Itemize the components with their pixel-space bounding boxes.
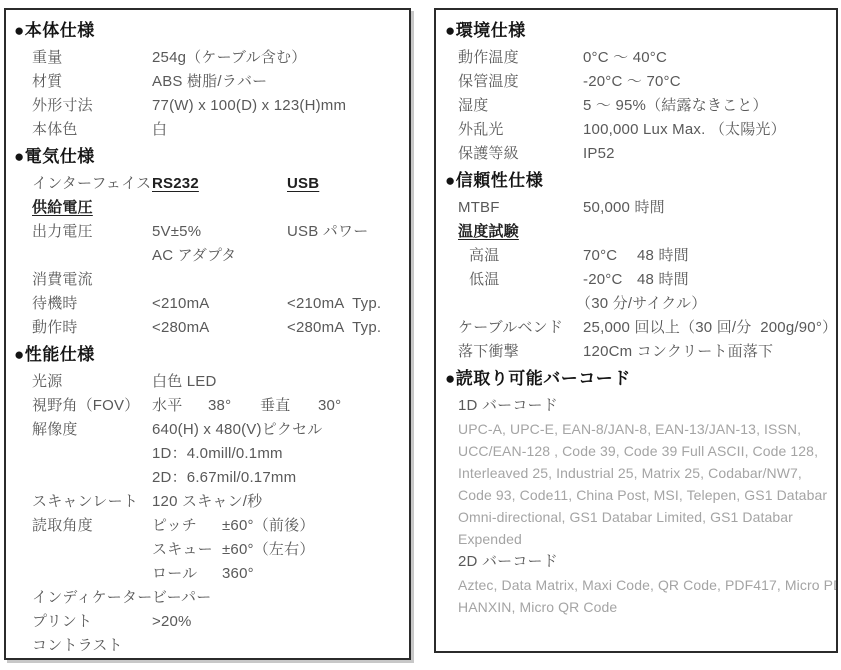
spec-label: 外乱光 [458, 118, 504, 142]
spec-label: 出力電圧 [32, 220, 93, 244]
spec-label: 高温 [469, 244, 499, 268]
spec-value: 白 [152, 118, 167, 142]
spec-label: 保管温度 [458, 70, 519, 94]
environment-reliability-barcode-panel: ●環境仕様動作温度0°C ～ 40°C保管温度-20°C ～ 70°C湿度5 ～… [434, 8, 838, 653]
section-title: ●本体仕様 [14, 16, 95, 46]
spec-value: 48 時間 [637, 268, 689, 292]
section-title: ●読取り可能バーコード [445, 364, 631, 394]
spec-value: スキュー [152, 538, 213, 562]
spec-label: 消費電流 [32, 268, 93, 292]
spec-row: ロール360° [6, 562, 409, 586]
section-heading-row: ●本体仕様 [6, 16, 409, 46]
spec-row: 2D：6.67mil/0.17mm [6, 466, 409, 490]
barcode-list-text: Code 93, Code11, China Post, MSI, Telepe… [458, 484, 827, 506]
spec-value: 5V±5% [152, 220, 201, 244]
spec-row: コントラスト [6, 634, 409, 658]
spec-row: UCC/EAN-128 , Code 39, Code 39 Full ASCI… [436, 440, 836, 462]
barcode-list-text: HANXIN, Micro QR Code [458, 596, 617, 618]
spec-row: インディケータービーパー [6, 586, 409, 610]
spec-value: ロール [152, 562, 197, 586]
spec-row: ケーブルベンド25,000 回以上（30 回/分 200g/90°） [436, 316, 836, 340]
spec-value: 白色 LED [152, 370, 217, 394]
spec-label: 落下衝撃 [458, 340, 519, 364]
spec-row: 光源白色 LED [6, 370, 409, 394]
spec-row: 本体色白 [6, 118, 409, 142]
spec-value: 360° [222, 562, 254, 586]
body-electrical-performance-panel: ●本体仕様重量254g（ケーブル含む）材質ABS 樹脂/ラバー外形寸法77(W)… [4, 8, 411, 660]
spec-value: 1D：4.0mill/0.1mm [152, 442, 283, 466]
spec-label: 重量 [32, 46, 62, 70]
spec-row: 動作温度0°C ～ 40°C [436, 46, 836, 70]
spec-value: 垂直 [260, 394, 290, 418]
spec-row: UPC-A, UPC-E, EAN-8/JAN-8, EAN-13/JAN-13… [436, 418, 836, 440]
spec-row: インターフェイスRS232USB [6, 172, 409, 196]
spec-row: スキャンレート120 スキャン/秒 [6, 490, 409, 514]
spec-value: ビーパー [152, 586, 211, 610]
section-heading-row: ●読取り可能バーコード [436, 364, 836, 394]
spec-value: 25,000 回以上（30 回/分 200g/90°） [583, 316, 837, 340]
spec-sheet-page: { "page": { "background": "#ffffff", "bo… [0, 0, 841, 670]
spec-label: コントラスト [32, 634, 123, 658]
spec-label: 解像度 [32, 418, 78, 442]
spec-row: 外形寸法77(W) x 100(D) x 123(H)mm [6, 94, 409, 118]
spec-value: <210mA Typ. [287, 292, 381, 316]
spec-value: AC アダプタ [152, 244, 236, 268]
spec-label: 材質 [32, 70, 62, 94]
spec-row: スキュー±60°（左右） [6, 538, 409, 562]
barcode-list-text: Expended [458, 528, 522, 550]
spec-row: 温度試験 [436, 220, 836, 244]
spec-row: 読取角度ピッチ±60°（前後） [6, 514, 409, 538]
spec-row: 高温70°C48 時間 [436, 244, 836, 268]
spec-value: ±60°（前後） [222, 514, 315, 538]
spec-row: 1D：4.0mill/0.1mm [6, 442, 409, 466]
spec-row: Interleaved 25, Industrial 25, Matrix 25… [436, 462, 836, 484]
spec-value: >20% [152, 610, 192, 634]
section-title: ●性能仕様 [14, 340, 95, 370]
spec-value: -20°C [583, 268, 623, 292]
spec-row: Omni-directional, GS1 Databar Limited, G… [436, 506, 836, 528]
barcode-list-text: Interleaved 25, Industrial 25, Matrix 25… [458, 462, 802, 484]
spec-label-underlined: 供給電圧 [32, 196, 93, 220]
spec-value: 120Cm コンクリート面落下 [583, 340, 773, 364]
spec-label: 光源 [32, 370, 62, 394]
spec-row: 動作時<280mA<280mA Typ. [6, 316, 409, 340]
spec-row: 待機時<210mA<210mA Typ. [6, 292, 409, 316]
spec-value: 水平 [152, 394, 182, 418]
spec-row: AC アダプタ [6, 244, 409, 268]
spec-row: 外乱光100,000 Lux Max. （太陽光） [436, 118, 836, 142]
spec-value: 0°C ～ 40°C [583, 46, 667, 70]
spec-value: <210mA [152, 292, 210, 316]
spec-value: USB [287, 172, 319, 196]
spec-row: 落下衝撃120Cm コンクリート面落下 [436, 340, 836, 364]
spec-row: 湿度5 ～ 95%（結露なきこと） [436, 94, 836, 118]
spec-label: MTBF [458, 196, 500, 220]
spec-row: 保管温度-20°C ～ 70°C [436, 70, 836, 94]
spec-row: 材質ABS 樹脂/ラバー [6, 70, 409, 94]
spec-row: （30 分/サイクル） [436, 292, 836, 316]
spec-label: 動作温度 [458, 46, 519, 70]
spec-label: 1D バーコード [458, 394, 558, 418]
spec-value: 30° [318, 394, 341, 418]
spec-label: ケーブルベンド [458, 316, 563, 340]
spec-label: 低温 [469, 268, 499, 292]
spec-row: プリント>20% [6, 610, 409, 634]
section-heading-row: ●性能仕様 [6, 340, 409, 370]
spec-label: 2D バーコード [458, 550, 558, 574]
barcode-list-text: UCC/EAN-128 , Code 39, Code 39 Full ASCI… [458, 440, 818, 462]
spec-value: 38° [208, 394, 231, 418]
spec-label: インディケーター [32, 586, 152, 610]
spec-row: Code 93, Code11, China Post, MSI, Telepe… [436, 484, 836, 506]
section-title: ●環境仕様 [445, 16, 526, 46]
spec-label: プリント [32, 610, 92, 634]
spec-row: 2D バーコード [436, 550, 836, 574]
spec-row: 消費電流 [6, 268, 409, 292]
spec-value: 70°C [583, 244, 617, 268]
spec-label: 視野角（FOV） [32, 394, 139, 418]
spec-value: ±60°（左右） [222, 538, 315, 562]
spec-label: スキャンレート [32, 490, 138, 514]
spec-row: HANXIN, Micro QR Code [436, 596, 836, 618]
spec-value: RS232 [152, 172, 199, 196]
section-heading-row: ●電気仕様 [6, 142, 409, 172]
spec-label: 読取角度 [32, 514, 93, 538]
spec-value: 254g（ケーブル含む） [152, 46, 306, 70]
spec-row: 供給電圧 [6, 196, 409, 220]
spec-value: 2D：6.67mil/0.17mm [152, 466, 296, 490]
barcode-list-text: Omni-directional, GS1 Databar Limited, G… [458, 506, 793, 528]
spec-value: -20°C ～ 70°C [583, 70, 681, 94]
spec-label: 本体色 [32, 118, 78, 142]
spec-label: 動作時 [32, 316, 78, 340]
spec-value: IP52 [583, 142, 615, 166]
spec-value: 120 スキャン/秒 [152, 490, 262, 514]
spec-value: 5 ～ 95%（結露なきこと） [583, 94, 768, 118]
spec-value: ABS 樹脂/ラバー [152, 70, 267, 94]
spec-value: 48 時間 [637, 244, 689, 268]
spec-row: MTBF50,000 時間 [436, 196, 836, 220]
barcode-list-text: Aztec, Data Matrix, Maxi Code, QR Code, … [458, 574, 838, 596]
spec-value: USB パワー [287, 220, 368, 244]
spec-value: （30 分/サイクル） [576, 292, 706, 316]
spec-value: <280mA Typ. [287, 316, 381, 340]
spec-value: 50,000 時間 [583, 196, 665, 220]
spec-row: Expended [436, 528, 836, 550]
spec-row: 重量254g（ケーブル含む） [6, 46, 409, 70]
spec-value: <280mA [152, 316, 210, 340]
spec-row: Aztec, Data Matrix, Maxi Code, QR Code, … [436, 574, 836, 596]
spec-row: 低温-20°C48 時間 [436, 268, 836, 292]
spec-value: 640(H) x 480(V)ピクセル [152, 418, 323, 442]
spec-row: 解像度640(H) x 480(V)ピクセル [6, 418, 409, 442]
spec-row: 1D バーコード [436, 394, 836, 418]
barcode-list-text: UPC-A, UPC-E, EAN-8/JAN-8, EAN-13/JAN-13… [458, 418, 801, 440]
section-title: ●電気仕様 [14, 142, 95, 172]
section-title: ●信頼性仕様 [445, 166, 543, 196]
spec-label: 待機時 [32, 292, 78, 316]
spec-row: 保護等級IP52 [436, 142, 836, 166]
spec-row: 視野角（FOV）水平38°垂直30° [6, 394, 409, 418]
spec-label: 湿度 [458, 94, 488, 118]
spec-label: インターフェイス [32, 172, 151, 196]
spec-value: 77(W) x 100(D) x 123(H)mm [152, 94, 346, 118]
section-heading-row: ●環境仕様 [436, 16, 836, 46]
spec-label: 外形寸法 [32, 94, 93, 118]
spec-label-underlined: 温度試験 [458, 220, 519, 244]
section-heading-row: ●信頼性仕様 [436, 166, 836, 196]
spec-value: 100,000 Lux Max. （太陽光） [583, 118, 786, 142]
spec-value: ピッチ [152, 514, 197, 538]
spec-row: 出力電圧5V±5%USB パワー [6, 220, 409, 244]
spec-label: 保護等級 [458, 142, 519, 166]
